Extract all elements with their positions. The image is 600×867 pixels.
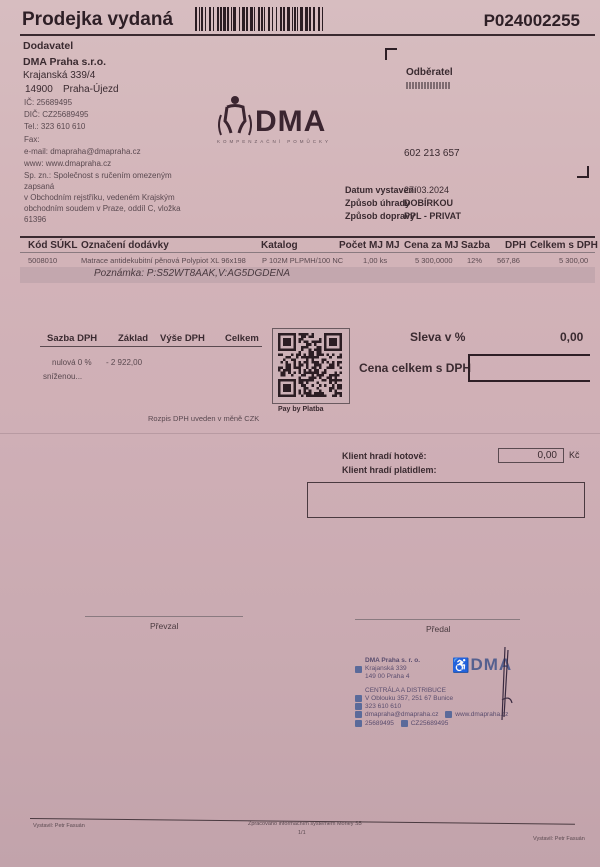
vat-col-zaklad: Základ xyxy=(118,333,148,344)
supplier-label: Dodavatel xyxy=(23,40,73,52)
supplier-street: Krajanská 339/4 xyxy=(23,70,95,81)
row-dph: 567,86 xyxy=(497,256,520,265)
col-header-katalog: Katalog xyxy=(261,240,298,251)
currency-label: Kč xyxy=(569,450,580,460)
stamp-ico: 25689495 xyxy=(365,720,394,727)
supplier-ico: IČ: 25689495 xyxy=(24,97,72,108)
stamp-email: dmapraha@dmapraha.cz xyxy=(365,712,438,719)
stamp-logo-person-icon: ♿ xyxy=(452,657,470,673)
location-icon xyxy=(355,695,362,702)
address-window-corner xyxy=(385,48,397,60)
row-oznaceni: Matrace antidekubitní pěnová Polypiot XL… xyxy=(81,256,246,265)
vat-base-zero: - 2 922,00 xyxy=(106,358,142,367)
stamp-street: Krajanská 339 xyxy=(365,665,420,673)
table-header-divider xyxy=(20,252,595,253)
document-title: Prodejka vydaná xyxy=(22,9,173,31)
table-top-divider xyxy=(20,236,595,238)
id-icon xyxy=(355,720,362,727)
item-note: Poznámka: P:S52WT8AAK,V:AG5DGDENA xyxy=(94,268,290,279)
vat-col-sazba: Sazba DPH xyxy=(47,333,97,344)
footer-system: Zpracováno informačním systémem Money S5 xyxy=(248,821,362,827)
col-header-oznaceni: Označení dodávky xyxy=(81,240,169,251)
stamp-address2: V Oblouku 357, 251 67 Bunice xyxy=(365,695,453,702)
col-header-kod: Kód SÚKL xyxy=(28,240,77,251)
col-header-dph: DPH xyxy=(505,240,526,251)
supplier-registry: Sp. zn.: Společnost s ručením omezeným z… xyxy=(24,170,194,225)
handwritten-signature xyxy=(490,645,520,725)
footer-issued-left: Vystavil: Petr Fasuán xyxy=(33,823,85,829)
customer-phone: 602 213 657 xyxy=(404,148,460,159)
cash-label: Klient hradí hotově: xyxy=(342,451,427,461)
stamp-section: CENTRÁLA A DISTRIBUCE xyxy=(365,687,508,695)
qr-code xyxy=(278,333,342,397)
stamp-company: DMA Praha s. r. o. xyxy=(365,657,420,665)
card-label: Klient hradí platidlem: xyxy=(342,465,437,475)
row-katalog: P 102M PLPMH/100 NC xyxy=(262,256,343,265)
customer-name-redacted xyxy=(406,82,450,89)
company-logo: DMA xyxy=(215,95,326,137)
card-value-box xyxy=(307,482,585,518)
stamp-dic: CZ25689495 xyxy=(411,720,449,727)
building-icon xyxy=(355,666,362,673)
registry-line: 61396 xyxy=(24,214,194,225)
wheelchair-person-icon xyxy=(215,95,255,137)
total-value-box xyxy=(468,354,590,382)
col-header-pocet: Počet MJ MJ xyxy=(339,240,400,251)
stamp-phone: 323 610 610 xyxy=(365,703,401,710)
stamp-city: 149 00 Praha 4 xyxy=(365,673,420,681)
supplier-zip: 14900 xyxy=(25,84,53,95)
header-divider xyxy=(20,34,595,36)
web-icon xyxy=(445,711,452,718)
vat-rate-reduced: sníženou... xyxy=(43,372,82,381)
supplier-name: DMA Praha s.r.o. xyxy=(23,56,106,68)
row-pocet: 1,00 ks xyxy=(363,256,387,265)
supplier-tel: Tel.: 323 610 610 xyxy=(24,121,85,132)
registry-line: v Obchodním rejstříku, vedeném Krajským xyxy=(24,192,194,203)
handed-label: Předal xyxy=(426,624,451,634)
logo-text: DMA xyxy=(255,107,326,137)
col-header-cena: Cena za MJ xyxy=(404,240,458,251)
row-celkem: 5 300,00 xyxy=(559,256,588,265)
footer-issued-right: Vystavil: Petr Fasuán xyxy=(533,836,585,842)
supplier-fax: Fax: xyxy=(24,134,40,145)
barcode xyxy=(195,7,495,31)
footer-page: 1/1 xyxy=(298,830,306,836)
address-window-corner xyxy=(577,166,589,178)
meta-values: 27.03.2024 DOBÍRKOU PPL - PRIVAT xyxy=(404,184,461,223)
row-sazba: 12% xyxy=(467,256,482,265)
row-kod: 5008010 xyxy=(28,256,57,265)
received-label: Převzal xyxy=(150,621,178,631)
vat-col-vyse: Výše DPH xyxy=(160,333,205,344)
registry-line: Sp. zn.: Společnost s ručením omezeným z… xyxy=(24,170,194,192)
qr-caption: Pay by Platba xyxy=(278,406,324,413)
document-number: P024002255 xyxy=(484,11,580,31)
phone-icon xyxy=(355,703,362,710)
shipping-method-value: PPL - PRIVAT xyxy=(404,210,461,223)
email-icon xyxy=(355,711,362,718)
paper-fold xyxy=(0,433,600,434)
vat-rate-zero: nulová 0 % xyxy=(52,358,92,367)
col-header-celkem: Celkem s DPH xyxy=(530,240,598,251)
payment-method-value: DOBÍRKOU xyxy=(404,197,461,210)
vat-header-divider xyxy=(40,346,262,347)
supplier-web: www: www.dmapraha.cz xyxy=(24,158,111,169)
vat-currency-note: Rozpis DPH uveden v měně CZK xyxy=(148,414,259,423)
signature-line-handed xyxy=(355,619,520,620)
signature-line-received xyxy=(85,616,243,617)
vat-col-celkem: Celkem xyxy=(225,333,259,344)
issue-date-value: 27.03.2024 xyxy=(404,184,461,197)
registry-line: obchodním soudem v Praze, oddíl C, vložk… xyxy=(24,203,194,214)
row-cena: 5 300,0000 xyxy=(415,256,453,265)
supplier-city: Praha-Újezd xyxy=(63,84,119,95)
discount-value: 0,00 xyxy=(560,330,583,344)
supplier-email: e-mail: dmapraha@dmapraha.cz xyxy=(24,146,141,157)
cash-value: 0,00 xyxy=(498,448,564,463)
tax-icon xyxy=(401,720,408,727)
discount-label: Sleva v % xyxy=(410,330,465,344)
logo-subtitle: KOMPENZAČNÍ POMŮCKY xyxy=(217,139,331,144)
supplier-dic: DIČ: CZ25689495 xyxy=(24,109,88,120)
total-label: Cena celkem s DPH xyxy=(359,361,471,375)
customer-label: Odběratel xyxy=(406,67,453,78)
col-header-sazba: Sazba xyxy=(461,240,490,251)
